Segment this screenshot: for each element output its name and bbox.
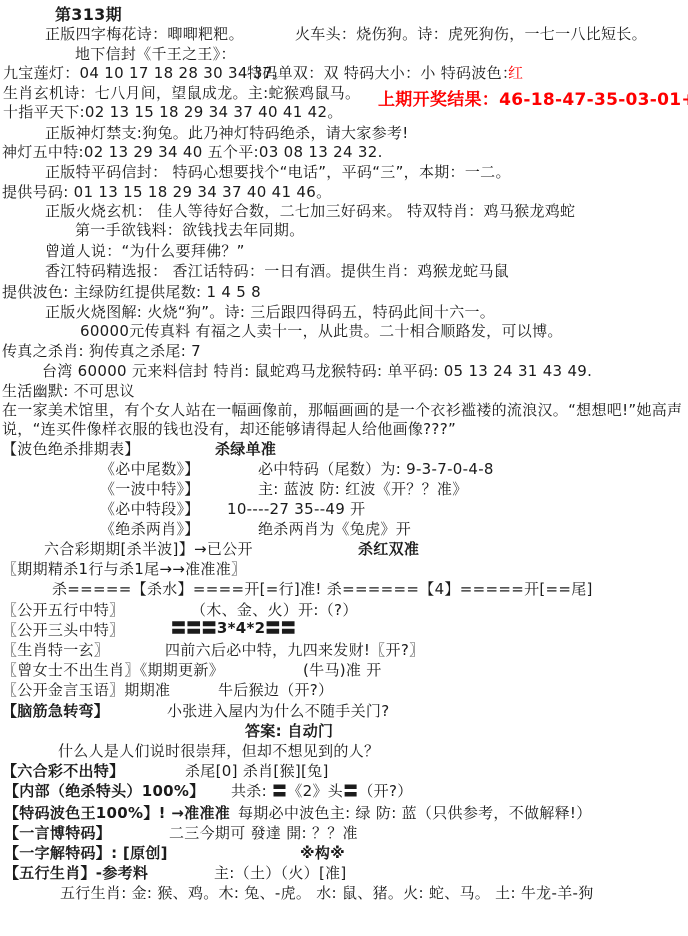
text-line: 杀=====【杀水】====开[=行]准! 杀======【4】=====开[=… (52, 580, 593, 599)
text-line: 正版火烧图解: 火烧“狗”。诗: 三后跟四得码五，特码此间十六一。 (45, 303, 495, 322)
text-line: 【五行生肖】-参考料 (4, 864, 148, 883)
text-line: 【一言博特码】 (4, 824, 111, 843)
text-line: 〖公开三头中特〗 (2, 621, 124, 640)
text-line: 曾道人说：“为什么要拜佛？” (45, 242, 245, 261)
text-line: 《必中特段》】 (100, 500, 200, 519)
text-line: 二三今期可 發達 開: ？？准 (169, 824, 358, 843)
text-line: 10----27 35--49 开 (227, 500, 365, 519)
text-line: 杀红双准 (358, 540, 419, 559)
text-line: 正版特平码信封： 特码心想要找个“电话”，平码“三”，本期：一二。 (45, 163, 511, 182)
text-line: 生活幽默: 不可思议 (2, 382, 135, 401)
text-line: 说，“连买件像样衣服的钱也没有，却还能够请得起人给他画像???” (2, 420, 456, 439)
text-line: 【一字解特码】: [原创] (4, 844, 168, 863)
text-line: 提供号码: 01 13 15 18 29 34 37 40 41 46。 (2, 183, 331, 202)
text-line: 杀绿单准 (215, 440, 276, 459)
text-line: 〖曾女士不出生肖〗《期期更新》 (2, 661, 224, 680)
text-line: 什么人是人们说时很崇拜，但却不想见到的人？ (58, 742, 379, 761)
text-line: 【特码波色王100%】! →准准准 (4, 804, 230, 823)
text-line: 〖期期精杀1行与杀1尾→→准准准〗 (2, 560, 246, 579)
text-line: 杀尾[0] 杀肖[猴][兔] (185, 762, 329, 781)
text-line: 【脑筋急转弯】 (2, 702, 109, 721)
text-line: 火车头：烧伤狗。诗：虎死狗伤，一七一八比短长。 (295, 25, 647, 44)
text-line: 第一手欲钱料：欲钱找去年同期。 (75, 221, 305, 240)
text-line: 绝杀两肖为《兔虎》开 (258, 520, 411, 539)
text-line: 正版火烧玄机： 佳人等待好合数，二七加三好码来。 特双特肖：鸡马猴龙鸡蛇 (45, 202, 575, 221)
text-line: 在一家美术馆里，有个女人站在一幅画像前，那幅画画的是一个衣衫褴褛的流浪汉。“想想… (2, 401, 682, 420)
text-line: 〖公开五行中特〗 (2, 601, 124, 620)
text-line: 六合彩期期[杀半波]】→已公开 (44, 540, 253, 559)
riddle-answer: 答案: 自动门 (245, 722, 333, 741)
text-line: 主:（土）（火）[准] (214, 864, 347, 883)
text-line: 〓〓〓3*4*2〓〓 (171, 619, 296, 638)
text-line: 【波色绝杀排期表】 (2, 440, 140, 459)
period-number: 第313期 (55, 5, 122, 25)
text-line: 〖生肖特一玄〗 (2, 641, 109, 660)
text-line: 【六合彩不出特】 (2, 762, 124, 781)
lottery-tip-sheet: 第313期正版四字梅花诗：唧唧粑粑。火车头：烧伤狗。诗：虎死狗伤，一七一八比短长… (0, 0, 688, 936)
text-line: 香江特码精选报： 香江话特码：一日有酒。提供生肖：鸡猴龙蛇马鼠 (45, 262, 509, 281)
last-draw-result: 上期开奖结果：46-18-47-35-03-01+14 (378, 90, 688, 111)
text-line: 60000元传真料 有福之人卖十一，从此贵。二十相合顺路发，可以博。 (80, 322, 563, 341)
text-line: 特码单双：双 特码大小：小 特码波色： (247, 64, 517, 83)
text-line: 小张进入屋内为什么不随手关门? (167, 702, 389, 721)
text-line: 〖公开金言玉语〗期期准 (2, 681, 170, 700)
text-line: (牛马)准 开 (303, 661, 382, 680)
text-line: 共杀: 〓《2》头〓（开?） (231, 782, 413, 801)
text-line: 每期必中波色主: 绿 防: 蓝（只供参考，不做解释!） (238, 804, 592, 823)
text-line: 四前六后必中特，九四来发财!〖开?〗 (165, 641, 424, 660)
text-line: 《一波中特》】 (100, 480, 200, 499)
text-line: 牛后猴边（开?） (218, 681, 333, 700)
wave-color-red: 红 (508, 64, 523, 83)
text-line: 台湾 60000 元来料信封 特肖: 鼠蛇鸡马龙猴特码: 单平码: 05 13 … (42, 362, 592, 381)
text-line: 十指平天下:02 13 15 18 29 34 37 40 41 42。 (3, 103, 343, 122)
text-line: 五行生肖: 金: 猴、鸡。木: 兔、-虎。 水: 鼠、猪。火: 蛇、马。 土: … (60, 884, 594, 903)
text-line: 传真之杀肖: 狗传真之杀尾: 7 (2, 342, 201, 361)
text-line: 主: 蓝波 防: 红波《开？？准》 (258, 480, 468, 499)
text-line: 提供波色: 主绿防红提供尾数: 1 4 5 8 (2, 283, 261, 302)
text-line: 九宝莲灯：04 10 17 18 28 30 34 37。 (3, 64, 288, 83)
text-line: 《必中尾数》】 (100, 460, 200, 479)
text-line: 【内部（绝杀特头）100%】 (4, 782, 205, 801)
text-line: 生肖玄机诗：七八月间，望鼠成龙。主:蛇猴鸡鼠马。 (3, 84, 360, 103)
text-line: 神灯五中特:02 13 29 34 40 五个平:03 08 13 24 32. (2, 143, 383, 162)
text-line: 正版神灯禁支:狗兔。此乃神灯特码绝杀，请大家参考! (45, 124, 409, 143)
text-line: 正版四字梅花诗：唧唧粑粑。 (45, 25, 244, 44)
text-line: 地下信封《千王之王》： (75, 45, 236, 64)
text-line: ※构※ (300, 844, 345, 863)
text-line: 必中特码（尾数）为: 9-3-7-0-4-8 (258, 460, 494, 479)
text-line: 《绝杀两肖》】 (100, 520, 200, 539)
text-line: （木、金、火）开:（?） (191, 601, 358, 620)
